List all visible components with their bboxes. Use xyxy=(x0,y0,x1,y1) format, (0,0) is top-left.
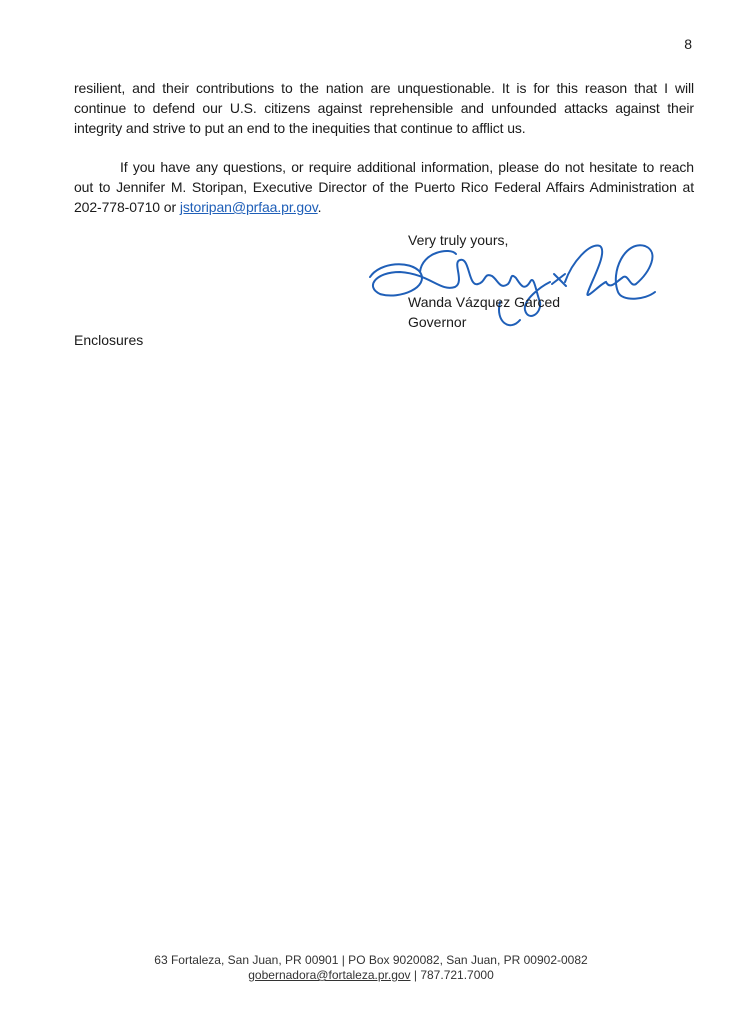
signer-name: Wanda Vázquez Garced xyxy=(408,294,560,310)
footer-email-link[interactable]: gobernadora@fortaleza.pr.gov xyxy=(248,968,410,982)
page-number: 8 xyxy=(684,36,692,52)
footer-contact: gobernadora@fortaleza.pr.gov | 787.721.7… xyxy=(0,968,742,982)
footer-phone: | 787.721.7000 xyxy=(411,968,494,982)
body-paragraph-1: resilient, and their contributions to th… xyxy=(74,78,694,138)
footer-address: 63 Fortaleza, San Juan, PR 00901 | PO Bo… xyxy=(0,953,742,967)
body-paragraph-2: If you have any questions, or require ad… xyxy=(74,157,694,217)
paragraph-2-text: If you have any questions, or require ad… xyxy=(74,159,694,215)
signer-title: Governor xyxy=(408,314,466,330)
signature-image xyxy=(360,232,660,332)
enclosures-label: Enclosures xyxy=(74,332,143,348)
paragraph-2-end: . xyxy=(318,199,322,215)
contact-email-link[interactable]: jstoripan@prfaa.pr.gov xyxy=(180,199,318,215)
